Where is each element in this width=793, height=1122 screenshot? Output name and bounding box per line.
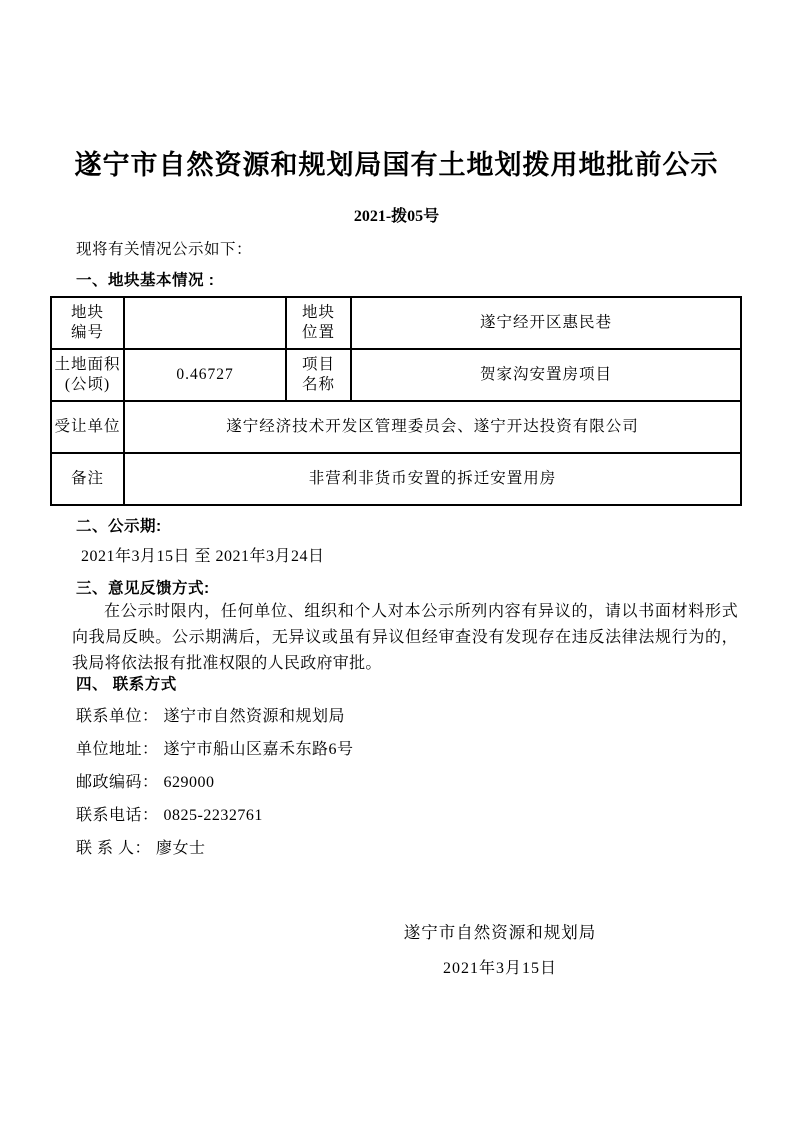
- contact-address-label: 单位地址：: [76, 741, 159, 758]
- contact-person-label: 联 系 人：: [76, 840, 151, 857]
- signature-org: 遂宁市自然资源和规划局: [330, 919, 670, 943]
- project-name-label: 项目 名称: [286, 349, 351, 401]
- document-number: 2021-拨05号: [0, 203, 793, 226]
- signature-block: 遂宁市自然资源和规划局 2021年3月15日: [330, 919, 670, 978]
- land-info-table: 地块 编号 地块 位置 遂宁经开区惠民巷 土地面积 (公顷) 0.46727 项…: [50, 296, 742, 506]
- transferee-label: 受让单位: [51, 401, 124, 453]
- contact-phone-label: 联系电话：: [76, 807, 159, 824]
- table-row-area: 土地面积 (公顷) 0.46727 项目 名称 贺家沟安置房项目: [51, 349, 741, 401]
- table-row-parcel: 地块 编号 地块 位置 遂宁经开区惠民巷: [51, 297, 741, 349]
- land-area-value: 0.46727: [124, 349, 286, 401]
- publicity-period: 2021年3月15日 至 2021年3月24日: [81, 543, 325, 566]
- contact-address-value: 遂宁市船山区嘉禾东路6号: [159, 741, 354, 758]
- signature-date: 2021年3月15日: [330, 955, 670, 978]
- parcel-location-label: 地块 位置: [286, 297, 351, 349]
- parcel-number-value: [124, 297, 286, 349]
- contact-person-line: 联 系 人：廖女士: [76, 835, 206, 858]
- land-area-label: 土地面积 (公顷): [51, 349, 124, 401]
- remarks-label: 备注: [51, 453, 124, 505]
- section2-heading: 二、公示期:: [76, 514, 162, 536]
- contact-phone-line: 联系电话：0825-2232761: [76, 802, 263, 825]
- transferee-value: 遂宁经济技术开发区管理委员会、遂宁开达投资有限公司: [124, 401, 741, 453]
- contact-unit-line: 联系单位：遂宁市自然资源和规划局: [76, 703, 345, 726]
- feedback-paragraph: 在公示时限内，任何单位、组织和个人对本公示所列内容有异议的，请以书面材料形式 向…: [72, 599, 738, 677]
- remarks-value: 非营利非货币安置的拆迁安置用房: [124, 453, 741, 505]
- section1-heading: 一、地块基本情况 :: [76, 268, 214, 290]
- section4-heading: 四、 联系方式: [76, 672, 177, 694]
- parcel-location-value: 遂宁经开区惠民巷: [351, 297, 741, 349]
- parcel-number-label: 地块 编号: [51, 297, 124, 349]
- contact-postcode-label: 邮政编码：: [76, 774, 159, 791]
- contact-phone-value: 0825-2232761: [159, 807, 263, 824]
- feedback-line-1: 在公示时限内，任何单位、组织和个人对本公示所列内容有异议的，请以书面材料形式: [72, 599, 738, 625]
- table-row-remarks: 备注 非营利非货币安置的拆迁安置用房: [51, 453, 741, 505]
- table-row-transferee: 受让单位 遂宁经济技术开发区管理委员会、遂宁开达投资有限公司: [51, 401, 741, 453]
- contact-address-line: 单位地址：遂宁市船山区嘉禾东路6号: [76, 736, 354, 759]
- section3-heading: 三、意见反馈方式:: [76, 576, 210, 598]
- contact-unit-label: 联系单位：: [76, 708, 159, 725]
- contact-unit-value: 遂宁市自然资源和规划局: [159, 708, 346, 725]
- contact-postcode-line: 邮政编码：629000: [76, 769, 215, 792]
- contact-person-value: 廖女士: [151, 840, 206, 857]
- document-page: 遂宁市自然资源和规划局国有土地划拨用地批前公示 2021-拨05号 现将有关情况…: [0, 0, 793, 1122]
- page-title: 遂宁市自然资源和规划局国有土地划拨用地批前公示: [0, 143, 793, 182]
- contact-postcode-value: 629000: [159, 774, 215, 791]
- intro-text: 现将有关情况公示如下：: [76, 237, 252, 259]
- feedback-line-2: 向我局反映。公示期满后，无异议或虽有异议但经审查没有发现存在违反法律法规行为的，: [72, 625, 738, 651]
- project-name-value: 贺家沟安置房项目: [351, 349, 741, 401]
